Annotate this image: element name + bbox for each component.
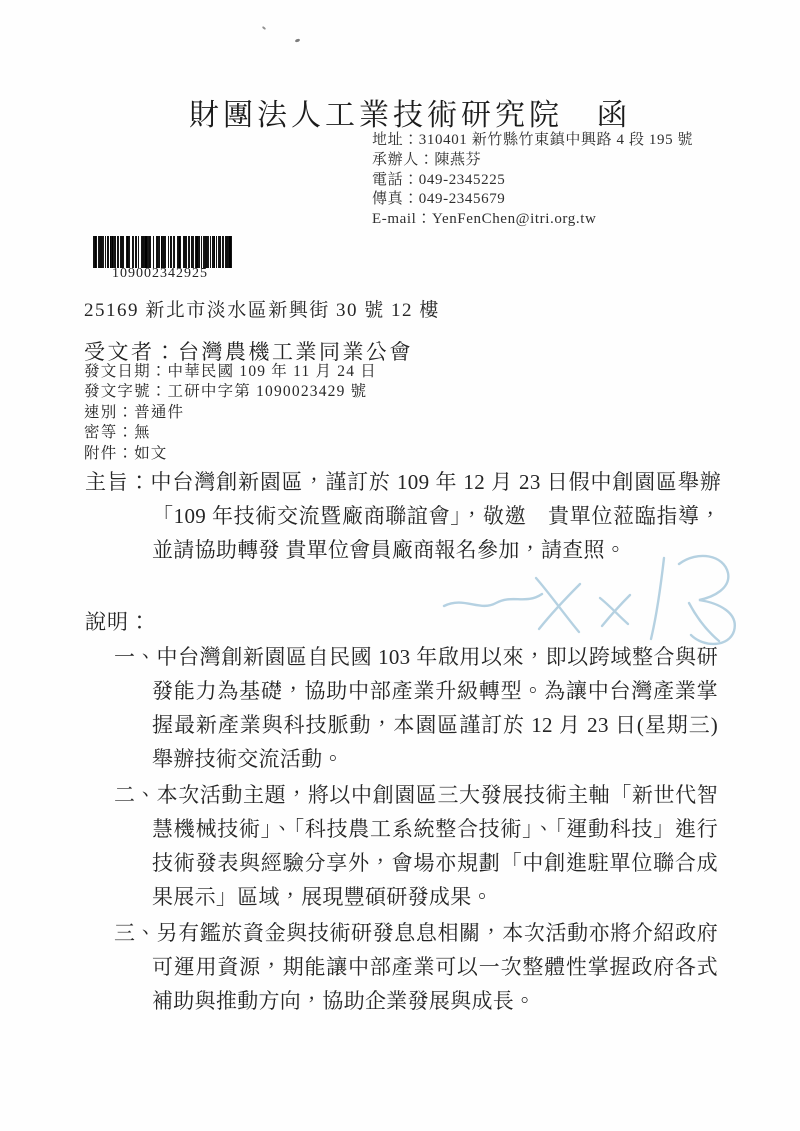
item-number: 一、	[114, 645, 157, 669]
mailing-address: 25169 新北市淡水區新興街 30 號 12 樓	[84, 295, 440, 322]
doc-meta: 發文日期：中華民國 109 年 11 月 24 日 發文字號：工研中字第 109…	[84, 362, 377, 464]
barcode-number: 109002342925	[112, 266, 208, 282]
explanation-items: 一、中台灣創新園區自民國 103 年啟用以來，即以跨域整合與研發能力為基礎，協助…	[114, 640, 718, 1020]
scanned-letter-page: 財團法人工業技術研究院 函 地址：310401 新竹縣竹東鎮中興路 4 段 19…	[0, 0, 800, 1131]
explanation-item: 三、另有鑑於資金與技術研發息息相關，本次活動亦將介紹政府可運用資源，期能讓中部產…	[114, 916, 718, 1018]
explanation-item: 二、本次活動主題，將以中創園區三大發展技術主軸「新世代智慧機械技術」、「科技農工…	[114, 778, 718, 914]
explanation-item: 一、中台灣創新園區自民國 103 年啟用以來，即以跨域整合與研發能力為基礎，協助…	[114, 640, 718, 776]
sender-phone-line: 電話：049-2345225	[372, 171, 693, 191]
meta-issue-date: 發文日期：中華民國 109 年 11 月 24 日	[84, 362, 377, 382]
scan-speck	[295, 38, 301, 43]
meta-security-level: 密等：無	[84, 423, 377, 443]
sender-address-line: 地址：310401 新竹縣竹東鎮中興路 4 段 195 號	[372, 131, 693, 151]
meta-priority: 速別：普通件	[84, 403, 377, 423]
item-text: 另有鑑於資金與技術研發息息相關，本次活動亦將介紹政府可運用資源，期能讓中部產業可…	[152, 921, 718, 1013]
item-number: 三、	[114, 921, 157, 945]
sender-info: 地址：310401 新竹縣竹東鎮中興路 4 段 195 號 承辦人：陳燕芬 電話…	[372, 131, 693, 230]
item-text: 中台灣創新園區自民國 103 年啟用以來，即以跨域整合與研發能力為基礎，協助中部…	[152, 645, 718, 771]
sender-fax-line: 傳真：049-2345679	[372, 190, 693, 210]
meta-attachment: 附件：如文	[84, 444, 377, 464]
meta-doc-number: 發文字號：工研中字第 1090023429 號	[84, 382, 377, 402]
barcode	[93, 236, 233, 268]
scan-speck	[262, 26, 266, 30]
item-number: 二、	[114, 783, 157, 807]
explanation-label: 說明：	[85, 606, 151, 636]
sender-contact-person-line: 承辦人：陳燕芬	[372, 151, 693, 171]
subject-label: 主旨：	[85, 470, 151, 494]
sender-email-line: E-mail：YenFenChen@itri.org.tw	[372, 210, 693, 230]
letter-title: 財團法人工業技術研究院 函	[10, 90, 800, 134]
item-text: 本次活動主題，將以中創園區三大發展技術主軸「新世代智慧機械技術」、「科技農工系統…	[152, 783, 718, 909]
